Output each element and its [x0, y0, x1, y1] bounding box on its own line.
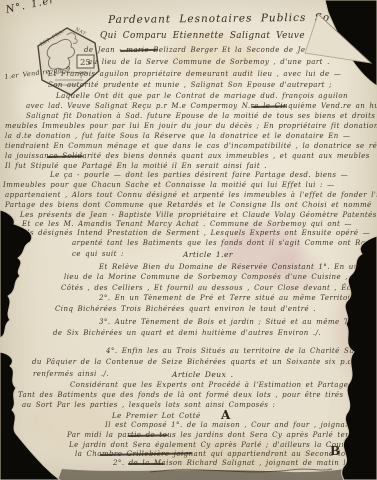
burn-left-lower — [0, 352, 60, 480]
burn-left-middle — [0, 210, 32, 338]
bottom-edge-shadow — [58, 463, 377, 480]
manuscript-page: 25 cen. REP. FRA. NAT. N°. 1.er 1.er Ven… — [0, 0, 377, 480]
burn-marks — [0, 0, 377, 480]
burn-right-edge — [342, 236, 377, 480]
